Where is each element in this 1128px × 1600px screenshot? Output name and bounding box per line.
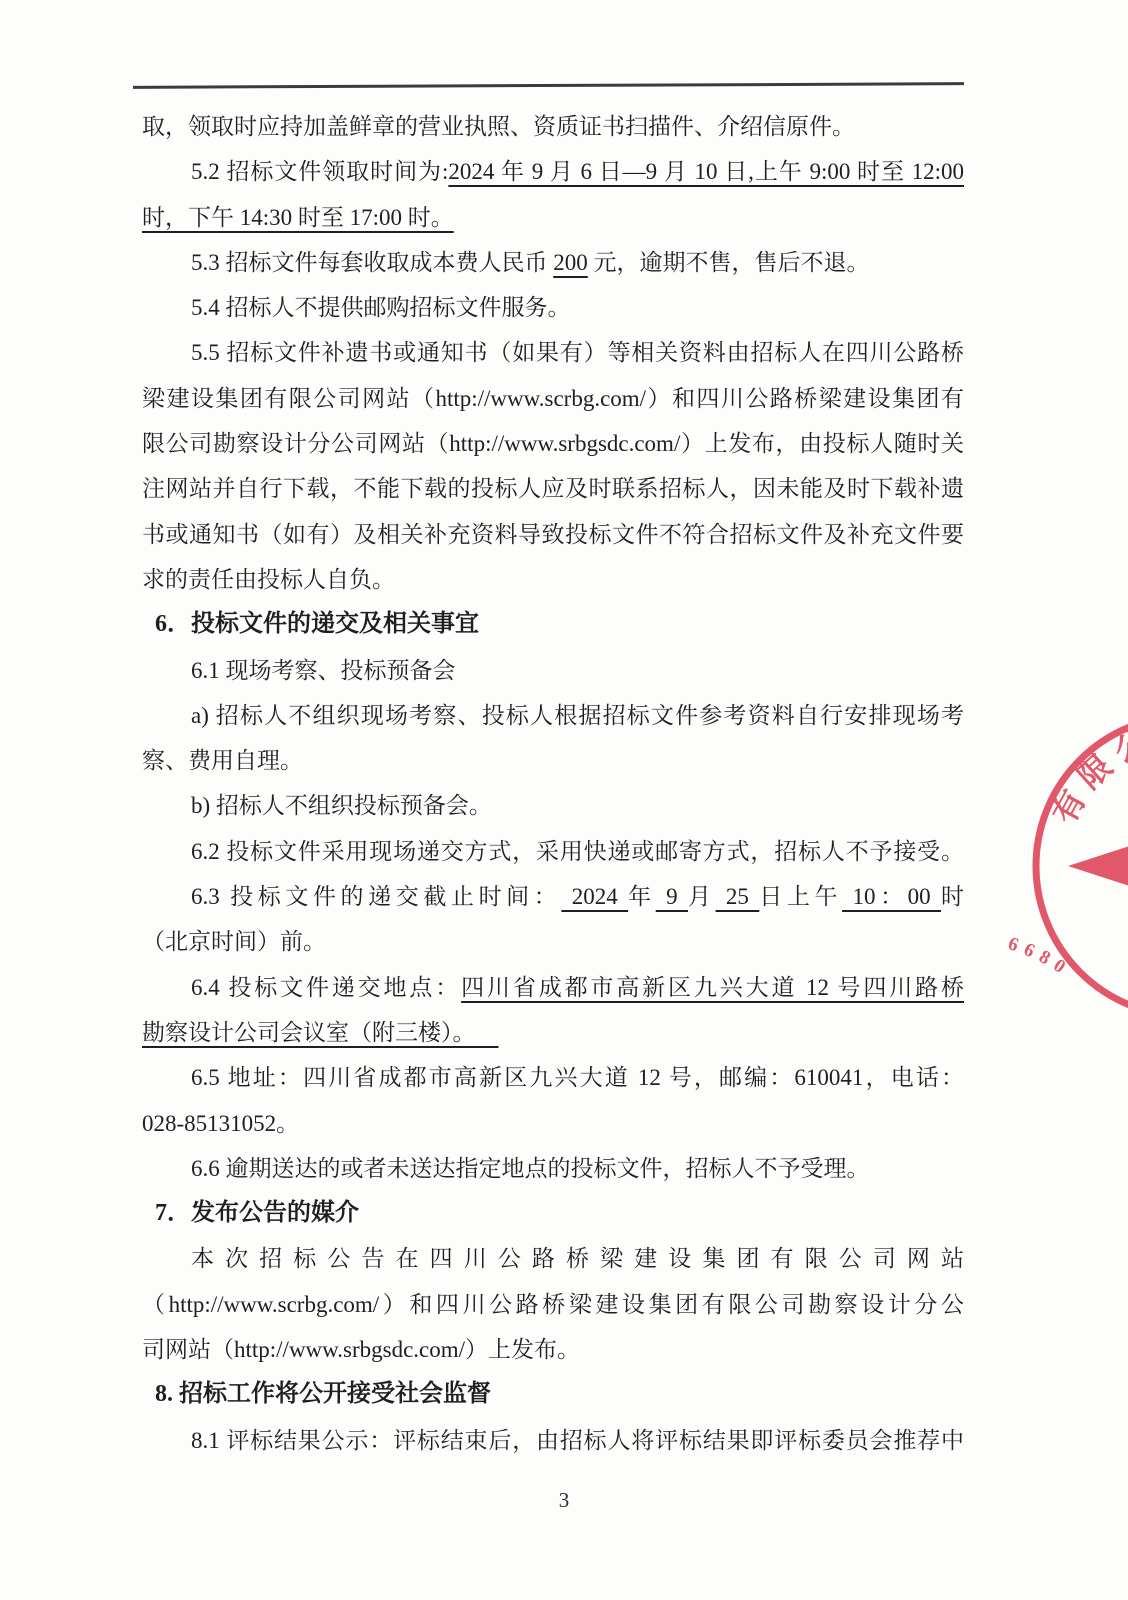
text-run: 司网站（http://www.srbgsdc.com/）上发布。 — [142, 1337, 580, 1362]
underlined-text: 200 — [553, 250, 588, 275]
text-run: 年 — [628, 884, 656, 909]
text-run: 5.2 招标文件领取时间为: — [191, 159, 448, 184]
text-run: 本次招标公告在四川公路桥梁建设集团有限公司网站 — [191, 1246, 964, 1271]
underlined-text: 10：00 — [842, 884, 941, 909]
text-run: a) 招标人不组织现场考察、投标人根据招标文件参考资料自行安排现场考 — [191, 703, 964, 728]
seal-ring — [1036, 716, 1128, 1016]
text-line: 察、费用自理。 — [142, 738, 964, 783]
official-seal-stamp: 有限公司 6680 — [985, 690, 1128, 1070]
seal-serial-number: 6680 — [1005, 933, 1075, 982]
page-number: 3 — [0, 1488, 1128, 1513]
text-run: 元，逾期不售，售后不退。 — [588, 250, 870, 275]
text-run: 6.2 投标文件采用现场递交方式，采用快递或邮寄方式，招标人不予接受。 — [191, 839, 964, 864]
text-run: b) 招标人不组织投标预备会。 — [191, 793, 492, 818]
underlined-text: 2024 — [561, 884, 628, 909]
text-run: 6.5 地址：四川省成都市高新区九兴大道 12 号，邮编：610041，电话： — [191, 1065, 964, 1090]
underlined-text: 勘察设计公司会议室（附三楼）。 — [142, 1020, 499, 1045]
underlined-text: 四川省成都市高新区九兴大道 12 号四川路桥 — [461, 975, 964, 1000]
text-run: （http://www.scrbg.com/）和四川公路桥梁建设集团有限公司勘察… — [142, 1292, 964, 1317]
header-rule — [133, 82, 964, 89]
text-line: 取，领取时应持加盖鲜章的营业执照、资质证书扫描件、介绍信原件。 — [142, 104, 964, 149]
text-run: 时 — [941, 884, 964, 909]
text-run: 8. 招标工作将公开接受社会监督 — [155, 1381, 491, 1407]
document-page: 取，领取时应持加盖鲜章的营业执照、资质证书扫描件、介绍信原件。5.2 招标文件领… — [0, 0, 1128, 1600]
text-run: 5.4 招标人不提供邮购招标文件服务。 — [191, 295, 571, 320]
section-heading: 6．投标文件的递交及相关事宜 — [142, 602, 964, 647]
section-heading: 7．发布公告的媒介 — [142, 1191, 964, 1236]
text-line: 6.3 投标文件的递交截止时间： 2024 年 9 月 25 日上午 10：00… — [142, 874, 964, 919]
text-line: 限公司勘察设计分公司网站（http://www.srbgsdc.com/）上发布… — [142, 421, 964, 466]
text-run: 取，领取时应持加盖鲜章的营业执照、资质证书扫描件、介绍信原件。 — [142, 114, 855, 139]
text-run: 限公司勘察设计分公司网站（http://www.srbgsdc.com/）上发布… — [142, 431, 964, 456]
underlined-text: 时，下午 14:30 时至 17:00 时。 — [142, 205, 454, 230]
text-run: 6.6 逾期送达的或者未送达指定地点的投标文件，招标人不予受理。 — [191, 1156, 870, 1181]
text-line: 本次招标公告在四川公路桥梁建设集团有限公司网站 — [142, 1236, 964, 1281]
text-line: 5.3 招标文件每套收取成本费人民币 200 元，逾期不售，售后不退。 — [142, 240, 964, 285]
text-run: 7．发布公告的媒介 — [155, 1200, 359, 1226]
text-line: 6.4 投标文件递交地点：四川省成都市高新区九兴大道 12 号四川路桥 — [142, 965, 964, 1010]
document-content: 取，领取时应持加盖鲜章的营业执照、资质证书扫描件、介绍信原件。5.2 招标文件领… — [142, 104, 964, 1463]
seal-arc-text: 有限公司 — [1046, 716, 1128, 829]
text-run: 日上午 — [759, 884, 842, 909]
text-line: 时，下午 14:30 时至 17:00 时。 — [142, 195, 964, 240]
text-line: 5.5 招标文件补遗书或通知书（如果有）等相关资料由招标人在四川公路桥 — [142, 330, 964, 375]
text-line: 6.5 地址：四川省成都市高新区九兴大道 12 号，邮编：610041，电话： — [142, 1055, 964, 1100]
text-run: （北京时间）前。 — [142, 929, 326, 954]
text-line: （http://www.scrbg.com/）和四川公路桥梁建设集团有限公司勘察… — [142, 1282, 964, 1327]
text-run: 5.3 招标文件每套收取成本费人民币 — [191, 250, 553, 275]
text-run: 月 — [688, 884, 716, 909]
text-line: 求的责任由投标人自负。 — [142, 557, 964, 602]
text-line: b) 招标人不组织投标预备会。 — [142, 783, 964, 828]
text-line: 6.6 逾期送达的或者未送达指定地点的投标文件，招标人不予受理。 — [142, 1146, 964, 1191]
underlined-text: 25 — [716, 884, 760, 909]
text-run: 求的责任由投标人自负。 — [142, 567, 395, 592]
text-run: 5.5 招标文件补遗书或通知书（如果有）等相关资料由招标人在四川公路桥 — [191, 340, 964, 365]
text-run: 6.3 投标文件的递交截止时间： — [191, 884, 561, 909]
text-line: 5.2 招标文件领取时间为:2024 年 9 月 6 日—9 月 10 日,上午… — [142, 149, 964, 194]
text-run: 6．投标文件的递交及相关事宜 — [155, 611, 479, 637]
text-line: 6.1 现场考察、投标预备会 — [142, 648, 964, 693]
text-line: 6.2 投标文件采用现场递交方式，采用快递或邮寄方式，招标人不予接受。 — [142, 829, 964, 874]
text-run: 6.4 投标文件递交地点： — [191, 975, 461, 1000]
text-run: 8.1 评标结果公示：评标结束后，由招标人将评标结果即评标委员会推荐中 — [191, 1428, 964, 1453]
section-heading: 8. 招标工作将公开接受社会监督 — [142, 1372, 964, 1417]
text-line: 书或通知书（如有）及相关补充资料导致投标文件不符合招标文件及补充文件要 — [142, 512, 964, 557]
text-run: 书或通知书（如有）及相关补充资料导致投标文件不符合招标文件及补充文件要 — [142, 522, 964, 547]
text-line: 028-85131052。 — [142, 1101, 964, 1146]
text-line: 司网站（http://www.srbgsdc.com/）上发布。 — [142, 1327, 964, 1372]
text-line: 梁建设集团有限公司网站（http://www.scrbg.com/）和四川公路桥… — [142, 376, 964, 421]
text-line: 注网站并自行下载，不能下载的投标人应及时联系招标人，因未能及时下载补遗 — [142, 466, 964, 511]
seal-star-icon — [1068, 754, 1128, 978]
text-run: 6.1 现场考察、投标预备会 — [191, 658, 456, 683]
underlined-text: 9 — [656, 884, 688, 909]
text-line: 5.4 招标人不提供邮购招标文件服务。 — [142, 285, 964, 330]
text-line: （北京时间）前。 — [142, 919, 964, 964]
text-run: 注网站并自行下载，不能下载的投标人应及时联系招标人，因未能及时下载补遗 — [142, 476, 964, 501]
text-line: 8.1 评标结果公示：评标结束后，由招标人将评标结果即评标委员会推荐中 — [142, 1418, 964, 1463]
text-run: 梁建设集团有限公司网站（http://www.scrbg.com/）和四川公路桥… — [142, 386, 964, 411]
text-run: 察、费用自理。 — [142, 748, 303, 773]
text-run: 028-85131052。 — [142, 1111, 299, 1136]
underlined-text: 2024 年 9 月 6 日—9 月 10 日,上午 9:00 时至 12:00 — [448, 159, 964, 184]
text-line: 勘察设计公司会议室（附三楼）。 — [142, 1010, 964, 1055]
text-line: a) 招标人不组织现场考察、投标人根据招标文件参考资料自行安排现场考 — [142, 693, 964, 738]
